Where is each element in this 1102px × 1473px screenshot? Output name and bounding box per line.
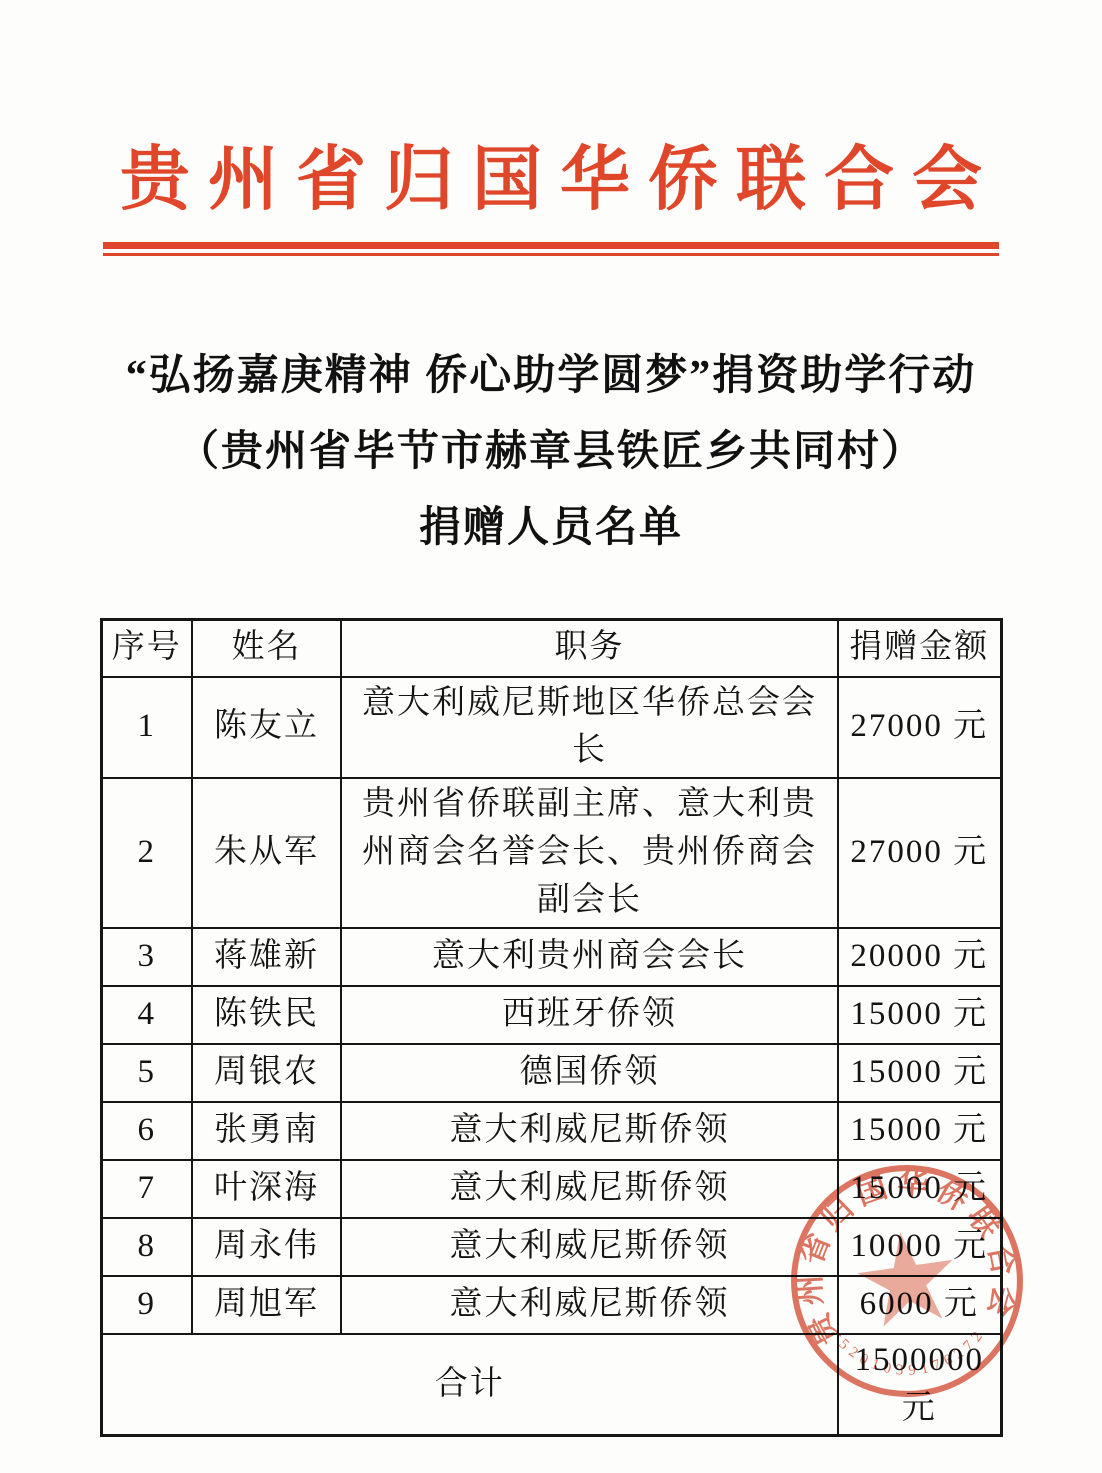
cell-position: 贵州省侨联副主席、意大利贵州商会名誉会长、贵州侨商会副会长 xyxy=(341,778,838,928)
cell-no: 1 xyxy=(101,677,192,779)
divider-thick-line xyxy=(103,242,999,249)
cell-no: 6 xyxy=(101,1102,192,1160)
cell-name: 周旭军 xyxy=(192,1276,341,1334)
cell-no: 3 xyxy=(101,928,192,986)
column-header-no: 序号 xyxy=(101,620,192,677)
table-row: 1 陈友立 意大利威尼斯地区华侨总会会长 27000 元 xyxy=(101,677,1001,779)
document-page: 贵州省归国华侨联合会 “弘扬嘉庚精神 侨心助学圆梦”捐资助学行动 （贵州省毕节市… xyxy=(0,0,1102,1473)
cell-no: 5 xyxy=(101,1044,192,1102)
cell-no: 9 xyxy=(101,1276,192,1334)
title-line-3: 捐赠人员名单 xyxy=(0,490,1102,566)
table-row: 6 张勇南 意大利威尼斯侨领 15000 元 xyxy=(101,1102,1001,1160)
title-line-2: （贵州省毕节市赫章县铁匠乡共同村） xyxy=(0,414,1102,490)
cell-amount: 20000 元 xyxy=(838,928,1001,986)
cell-position: 意大利威尼斯侨领 xyxy=(341,1218,838,1276)
cell-name: 陈友立 xyxy=(192,677,341,779)
table-header-row: 序号 姓名 职务 捐赠金额 xyxy=(101,620,1001,677)
table-row: 4 陈铁民 西班牙侨领 15000 元 xyxy=(101,986,1001,1044)
cell-no: 7 xyxy=(101,1160,192,1218)
cell-name: 蒋雄新 xyxy=(192,928,341,986)
table-row: 3 蒋雄新 意大利贵州商会会长 20000 元 xyxy=(101,928,1001,986)
cell-no: 4 xyxy=(101,986,192,1044)
column-header-name: 姓名 xyxy=(192,620,341,677)
title-line-1: “弘扬嘉庚精神 侨心助学圆梦”捐资助学行动 xyxy=(0,338,1102,414)
cell-amount: 15000 元 xyxy=(838,1044,1001,1102)
cell-amount: 27000 元 xyxy=(838,778,1001,928)
cell-position: 德国侨领 xyxy=(341,1044,838,1102)
cell-no: 8 xyxy=(101,1218,192,1276)
cell-name: 叶深海 xyxy=(192,1160,341,1218)
cell-position: 西班牙侨领 xyxy=(341,986,838,1044)
cell-name: 朱从军 xyxy=(192,778,341,928)
cell-position: 意大利威尼斯侨领 xyxy=(341,1160,838,1218)
cell-position: 意大利威尼斯侨领 xyxy=(341,1102,838,1160)
cell-no: 2 xyxy=(101,778,192,928)
cell-amount: 15000 元 xyxy=(838,986,1001,1044)
cell-name: 周永伟 xyxy=(192,1218,341,1276)
cell-amount: 27000 元 xyxy=(838,677,1001,779)
total-label-cell: 合计 xyxy=(101,1334,838,1436)
org-name-heading: 贵州省归国华侨联合会 xyxy=(0,146,1102,216)
header-divider xyxy=(103,242,999,256)
column-header-position: 职务 xyxy=(341,620,838,677)
divider-thin-line xyxy=(103,253,999,256)
cell-position: 意大利贵州商会会长 xyxy=(341,928,838,986)
cell-name: 周银农 xyxy=(192,1044,341,1102)
cell-name: 张勇南 xyxy=(192,1102,341,1160)
cell-position: 意大利威尼斯侨领 xyxy=(341,1276,838,1334)
table-row: 5 周银农 德国侨领 15000 元 xyxy=(101,1044,1001,1102)
table-row: 2 朱从军 贵州省侨联副主席、意大利贵州商会名誉会长、贵州侨商会副会长 2700… xyxy=(101,778,1001,928)
document-title: “弘扬嘉庚精神 侨心助学圆梦”捐资助学行动 （贵州省毕节市赫章县铁匠乡共同村） … xyxy=(0,338,1102,566)
column-header-amount: 捐赠金额 xyxy=(838,620,1001,677)
cell-name: 陈铁民 xyxy=(192,986,341,1044)
cell-position: 意大利威尼斯地区华侨总会会长 xyxy=(341,677,838,779)
star-icon xyxy=(853,1225,961,1329)
official-seal: 贵州省归国华侨联合会 5201039176272 xyxy=(770,1144,1043,1417)
